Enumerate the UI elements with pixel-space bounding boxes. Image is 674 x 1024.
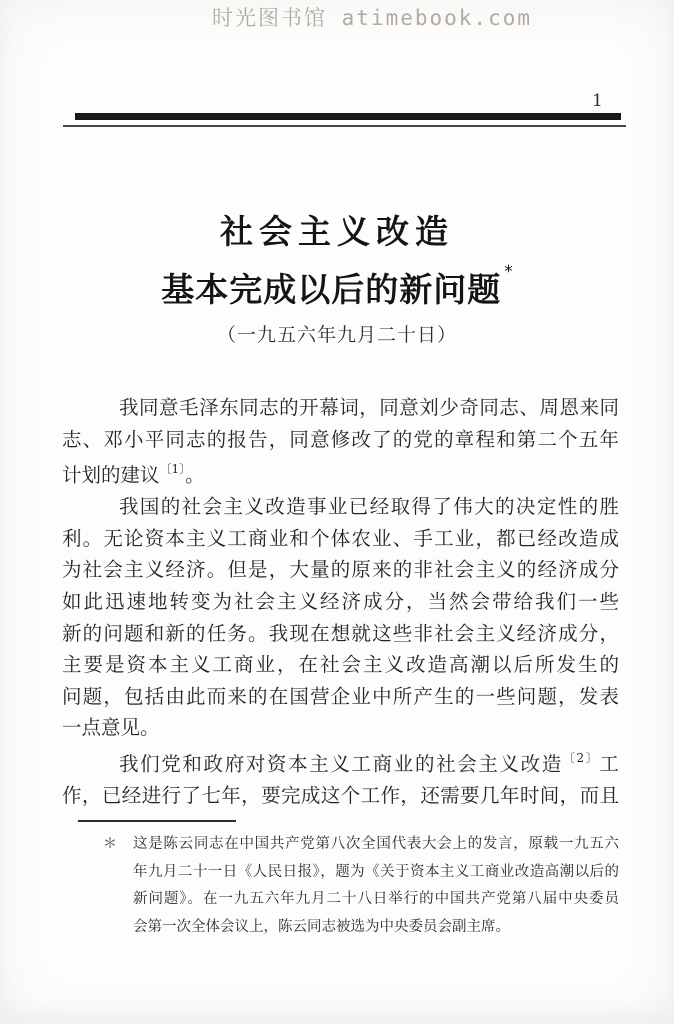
title-line-2: 基本完成以后的新问题 xyxy=(161,270,501,309)
footnote: ＊ 这是陈云同志在中国共产党第八次全国代表大会上的发言，原载一九五六 年九月二十… xyxy=(103,831,619,941)
body-line: 新的问题和新的任务。我现在想就这些非社会主义经济成分， xyxy=(62,618,619,650)
body-line: 我同意毛泽东同志的开幕词，同意刘少奇同志、周恩来同 xyxy=(62,392,619,424)
footnote-line: 新问题》。在一九五六年九月二十八日举行的中国共产党第八届中央委员 xyxy=(133,886,619,914)
body-line: 为社会主义经济。但是，大量的原来的非社会主义的经济成分 xyxy=(62,554,619,586)
footnote-text: 这是陈云同志在中国共产党第八次全国代表大会上的发言，原载一九五六 年九月二十一日… xyxy=(133,831,619,941)
scanned-page: 时光图书馆 atimebook.com 1 社会主义改造 基本完成以后的新问题*… xyxy=(0,0,674,1024)
header-rule-thick xyxy=(75,113,621,120)
watermark: 时光图书馆 atimebook.com xyxy=(212,2,532,32)
article-title: 社会主义改造 基本完成以后的新问题* xyxy=(0,206,674,316)
body-text: 我同意毛泽东同志的开幕词，同意刘少奇同志、周恩来同 志、邓小平同志的报告，同意修… xyxy=(62,392,619,812)
body-line: 主要是资本主义工商业，在社会主义改造高潮以后所发生的 xyxy=(62,649,619,681)
body-line-fragment: 工 xyxy=(599,753,619,776)
page-number: 1 xyxy=(592,91,603,111)
body-line: 一点意见。 xyxy=(62,712,619,744)
header-rule-thin xyxy=(63,125,626,127)
body-line: 作，已经进行了七年，要完成这个工作，还需要几年时间，而且 xyxy=(62,780,619,812)
footnote-ref-1: 〔1〕 xyxy=(160,462,186,476)
body-line: 如此迅速地转变为社会主义经济成分，当然会带给我们一些 xyxy=(62,586,619,618)
footnote-separator xyxy=(78,820,236,822)
footnote-line: 会第一次全体会议上，陈云同志被选为中央委员会副主席。 xyxy=(133,914,619,942)
footnote-marker: ＊ xyxy=(103,831,133,941)
body-line: 利。无论资本主义工商业和个体农业、手工业，都已经改造成 xyxy=(62,523,619,555)
body-line: 问题，包括由此而来的在国营企业中所产生的一些问题，发表 xyxy=(62,681,619,713)
body-line: 志、邓小平同志的报告，同意修改了的党的章程和第二个五年 xyxy=(62,424,619,456)
body-line: 我国的社会主义改造事业已经取得了伟大的决定性的胜 xyxy=(62,491,619,523)
body-line-fragment: 我们党和政府对资本主义工商业的社会主义改造 xyxy=(119,753,563,776)
date-line: （一九五六年九月二十日） xyxy=(0,320,674,347)
title-footnote-marker: * xyxy=(504,262,513,282)
footnote-ref-2: 〔2〕 xyxy=(563,751,600,765)
footnote-line: 年九月二十一日《人民日报》，题为《关于资本主义工商业改造高潮以后的 xyxy=(133,859,619,887)
body-line: 我们党和政府对资本主义工商业的社会主义改造〔2〕工 xyxy=(62,744,619,780)
footnote-line: 这是陈云同志在中国共产党第八次全国代表大会上的发言，原载一九五六 xyxy=(133,831,619,859)
body-line: 计划的建议〔1〕。 xyxy=(62,455,619,491)
title-line-1: 社会主义改造 xyxy=(220,212,454,251)
body-line-fragment: 计划的建议 xyxy=(62,464,160,487)
body-line-fragment: 。 xyxy=(185,464,205,487)
